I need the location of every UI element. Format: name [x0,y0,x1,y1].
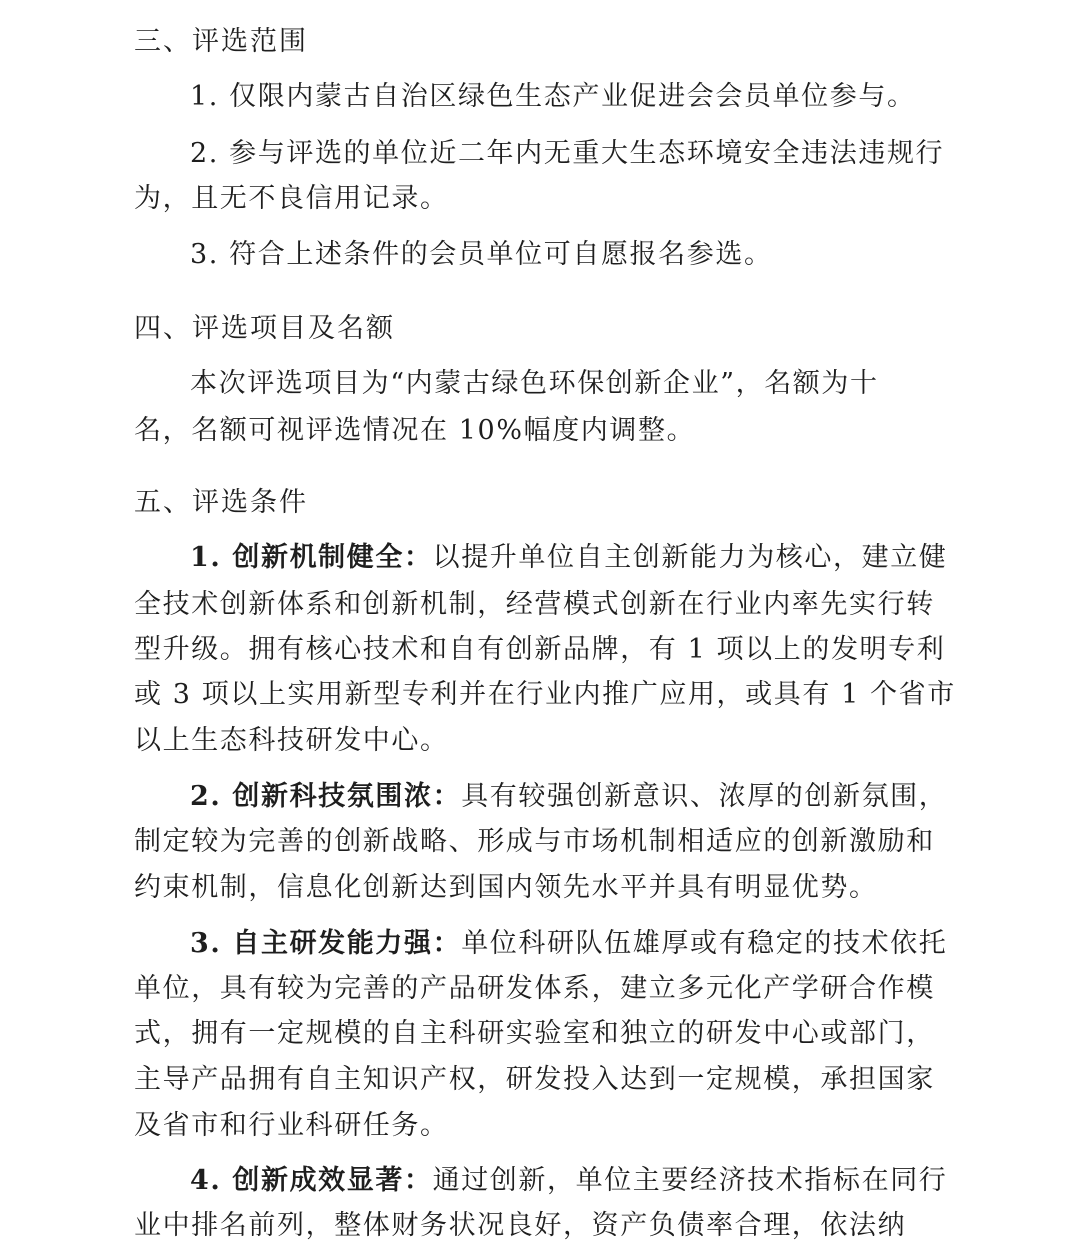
criterion-3-title: 3. 自主研发能力强： [190,928,461,959]
scope-item-2-line-1: 2. 参与评选的单位近二年内无重大生态环境安全违法违规行 [190,139,944,169]
criterion-4-line-1: 4. 创新成效显著：通过创新，单位主要经济技术指标在同行 [190,1166,947,1196]
criterion-4-line-2: 业中排名前列，整体财务状况良好，资产负债率合理，依法纳 [134,1211,906,1241]
criterion-3-line-4: 主导产品拥有自主知识产权，研发投入达到一定规模，承担国家 [134,1065,935,1095]
scope-item-1: 1. 仅限内蒙古自治区绿色生态产业促进会会员单位参与。 [190,82,916,112]
criterion-1-title: 1. 创新机制健全： [190,542,433,573]
criterion-3-line-1: 3. 自主研发能力强：单位科研队伍雄厚或有稳定的技术依托 [190,929,947,959]
criterion-3-text: 单位科研队伍雄厚或有稳定的技术依托 [461,928,947,959]
scope-item-3: 3. 符合上述条件的会员单位可自愿报名参选。 [190,240,773,270]
criterion-3-line-3: 式，拥有一定规模的自主科研实验室和独立的研发中心或部门， [134,1019,935,1049]
section-heading-criteria: 五、评选条件 [134,488,308,518]
criterion-1-line-3: 型升级。拥有核心技术和自有创新品牌，有 1 项以上的发明专利 [134,635,945,665]
criterion-1-line-1: 1. 创新机制健全：以提升单位自主创新能力为核心，建立健 [190,543,947,573]
criterion-2-text: 具有较强创新意识、浓厚的创新氛围， [461,781,947,812]
criterion-4-title: 4. 创新成效显著： [190,1165,433,1196]
quota-paragraph-line-2: 名，名额可视评选情况在 10%幅度内调整。 [134,416,695,446]
criterion-1-line-4: 或 3 项以上实用新型专利并在行业内推广应用，或具有 1 个省市 [134,680,956,710]
criterion-1-line-5: 以上生态科技研发中心。 [134,726,449,756]
quota-paragraph-line-1: 本次评选项目为“内蒙古绿色环保创新企业”，名额为十 [190,369,879,399]
criterion-2-title: 2. 创新科技氛围浓： [190,781,461,812]
criterion-3-line-2: 单位，具有较为完善的产品研发体系，建立多元化产学研合作模 [134,974,935,1004]
criterion-3-line-5: 及省市和行业科研任务。 [134,1111,449,1141]
scope-item-2-line-2: 为，且无不良信用记录。 [134,184,449,214]
criterion-2-line-3: 约束机制，信息化创新达到国内领先水平并具有明显优势。 [134,873,878,903]
criterion-2-line-1: 2. 创新科技氛围浓：具有较强创新意识、浓厚的创新氛围， [190,782,947,812]
criterion-2-line-2: 制定较为完善的创新战略、形成与市场机制相适应的创新激励和 [134,827,935,857]
criterion-1-line-2: 全技术创新体系和创新机制，经营模式创新在行业内率先实行转 [134,590,935,620]
criterion-1-text: 以提升单位自主创新能力为核心，建立健 [433,542,948,573]
section-heading-items-quota: 四、评选项目及名额 [134,314,395,344]
section-heading-scope: 三、评选范围 [134,27,308,57]
criterion-4-text: 通过创新，单位主要经济技术指标在同行 [433,1165,948,1196]
